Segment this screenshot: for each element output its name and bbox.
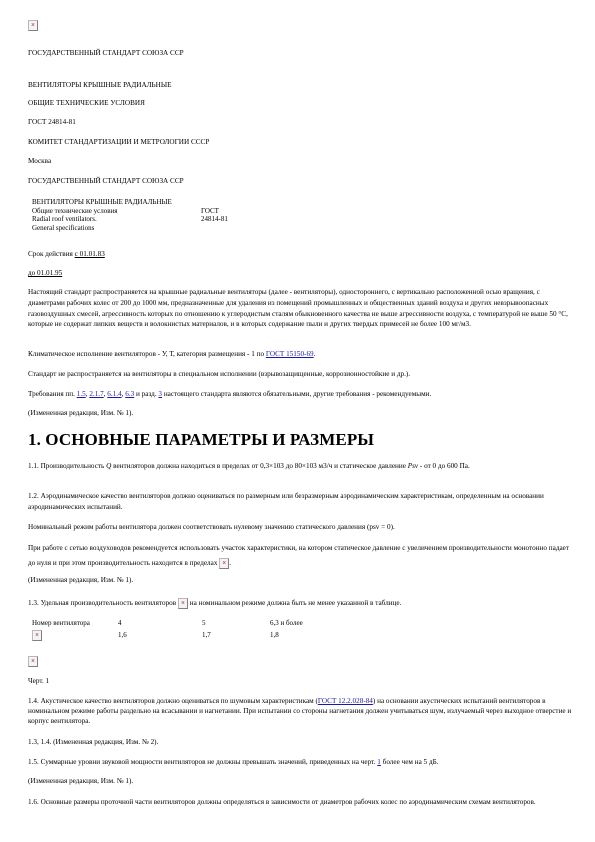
broken-image-icon (28, 656, 38, 667)
link-6-1-4[interactable]: 6.1.4 (107, 390, 121, 398)
climate-end: . (314, 350, 316, 358)
info-subtitle-ru: Общие технические условия (32, 207, 201, 216)
info-title-ru: ВЕНТИЛЯТОРЫ КРЫШНЫЕ РАДИАЛЬНЫЕ (32, 198, 201, 207)
link-2-1-7[interactable]: 2.1.7 (89, 390, 103, 398)
validity-from: Срок действия с 01.01.83 (28, 249, 105, 260)
specific-output-table: Номер вентилятора 4 5 6,3 и более 1,6 1,… (28, 617, 307, 641)
link-1-5[interactable]: 1.5 (77, 390, 86, 398)
p1-5-text: 1.5. Суммарные уровни звуковой мощности … (28, 758, 377, 766)
validity-to: до 01.01.95 (28, 268, 62, 279)
p1-3-text: 1.3. Удельная производительность вентиля… (28, 599, 178, 607)
table-header-label: Номер вентилятора (28, 617, 114, 629)
amendment-note-2: 1.3, 1.4. (Измененная редакция, Изм. № 2… (28, 737, 158, 748)
info-block: ВЕНТИЛЯТОРЫ КРЫШНЫЕ РАДИАЛЬНЫЕ Общие тех… (32, 198, 232, 232)
amendment-note-1: (Измененная редакция, Изм. № 1). (28, 575, 133, 586)
p1-4-text: 1.4. Акустическое качество вентиляторов … (28, 697, 318, 705)
network-end: . (229, 559, 231, 567)
symbol-psv: Psv (408, 462, 418, 470)
p1-5-end: более чем на 5 дБ. (381, 758, 439, 766)
amendment-note-3: (Измененная редакция, Изм. № 1). (28, 776, 133, 787)
network-paragraph: При работе с сетью воздуховодов рекоменд… (28, 541, 573, 571)
doc-subtitle: ОБЩИЕ ТЕХНИЧЕСКИЕ УСЛОВИЯ (28, 98, 145, 109)
city-line: Москва (28, 156, 51, 167)
para-1-5: 1.5. Суммарные уровни звуковой мощности … (28, 757, 439, 768)
para-1-4: 1.4. Акустическое качество вентиляторов … (28, 696, 573, 726)
figure-caption: Черт. 1 (28, 676, 49, 687)
para-1-1: 1.1. Производительность Q вентиляторов д… (28, 461, 573, 472)
amendment-note: (Измененная редакция, Изм. № 1). (28, 408, 133, 419)
p1-1-text-3: - от 0 до 600 Па. (418, 462, 470, 470)
table-col-5: 5 (198, 617, 266, 629)
validity-from-date: с 01.01.83 (75, 250, 105, 258)
broken-image-icon (32, 630, 42, 641)
link-6-3[interactable]: 6.3 (125, 390, 134, 398)
committee-line: КОМИТЕТ СТАНДАРТИЗАЦИИ И МЕТРОЛОГИИ СССР (28, 137, 209, 148)
broken-image-icon (178, 598, 188, 609)
network-text: При работе с сетью воздуховодов рекоменд… (28, 544, 569, 567)
req-text: Требования пп. (28, 390, 77, 398)
para-1-6: 1.6. Основные размеры проточной части ве… (28, 797, 573, 807)
broken-image-icon (28, 20, 38, 31)
info-subtitle-en: General specifications (32, 224, 201, 233)
info-title-en: Radial roof ventilators. (32, 215, 201, 224)
header-image (28, 20, 38, 31)
info-gost-label: ГОСТ (201, 207, 232, 216)
table-cell: 1,6 (114, 629, 198, 641)
requirements-paragraph: Требования пп. 1.5, 2.1.7, 6.1.4, 6.3 и … (28, 389, 431, 400)
table-row: 1,6 1,7 1,8 (28, 629, 307, 641)
table-cell: 1,7 (198, 629, 266, 641)
section-heading: 1. ОСНОВНЫЕ ПАРАМЕТРЫ И РАЗМЕРЫ (28, 430, 374, 450)
gost-15150-link[interactable]: ГОСТ 15150-69 (266, 350, 314, 358)
scope-paragraph: Настоящий стандарт распространяется на к… (28, 287, 573, 330)
gost-number: ГОСТ 24814-81 (28, 117, 76, 128)
info-gost-number: 24814-81 (201, 215, 232, 224)
doc-title: ВЕНТИЛЯТОРЫ КРЫШНЫЕ РАДИАЛЬНЫЕ (28, 80, 172, 91)
validity-label: Срок действия (28, 250, 73, 258)
para-1-3: 1.3. Удельная производительность вентиля… (28, 598, 401, 609)
figure-image (28, 656, 38, 667)
table-col-6-3: 6,3 и более (266, 617, 307, 629)
broken-image-icon (219, 558, 229, 569)
climate-text: Климатическое исполнение вентиляторов - … (28, 350, 266, 358)
req-mid-text: и разд. (134, 390, 158, 398)
p1-1-text-2: вентиляторов должна находиться в предела… (111, 462, 407, 470)
para-1-2: 1.2. Аэродинамическое качество вентилято… (28, 491, 573, 513)
section-1-heading: 1. ОСНОВНЫЕ ПАРАМЕТРЫ И РАЗМЕРЫ (28, 430, 374, 450)
exclusion-paragraph: Стандарт не распространяется на вентилят… (28, 369, 410, 380)
validity-to-date: до 01.01.95 (28, 269, 62, 277)
p1-3-end: на номинальном режиме должна быть не мен… (188, 599, 401, 607)
state-standard-line-2: ГОСУДАРСТВЕННЫЙ СТАНДАРТ СОЮЗА ССР (28, 176, 184, 187)
p1-1-text: 1.1. Производительность (28, 462, 106, 470)
state-standard-line: ГОСУДАРСТВЕННЫЙ СТАНДАРТ СОЮЗА ССР (28, 48, 184, 59)
gost-12-2-028-link[interactable]: ГОСТ 12.2.028-84 (318, 697, 373, 705)
table-header-row: Номер вентилятора 4 5 6,3 и более (28, 617, 307, 629)
climate-paragraph: Климатическое исполнение вентиляторов - … (28, 349, 315, 360)
table-cell: 1,8 (266, 629, 307, 641)
req-end-text: настоящего стандарта являются обязательн… (162, 390, 431, 398)
table-col-4: 4 (114, 617, 198, 629)
nominal-mode-paragraph: Номинальный режим работы вентилятора дол… (28, 522, 573, 533)
